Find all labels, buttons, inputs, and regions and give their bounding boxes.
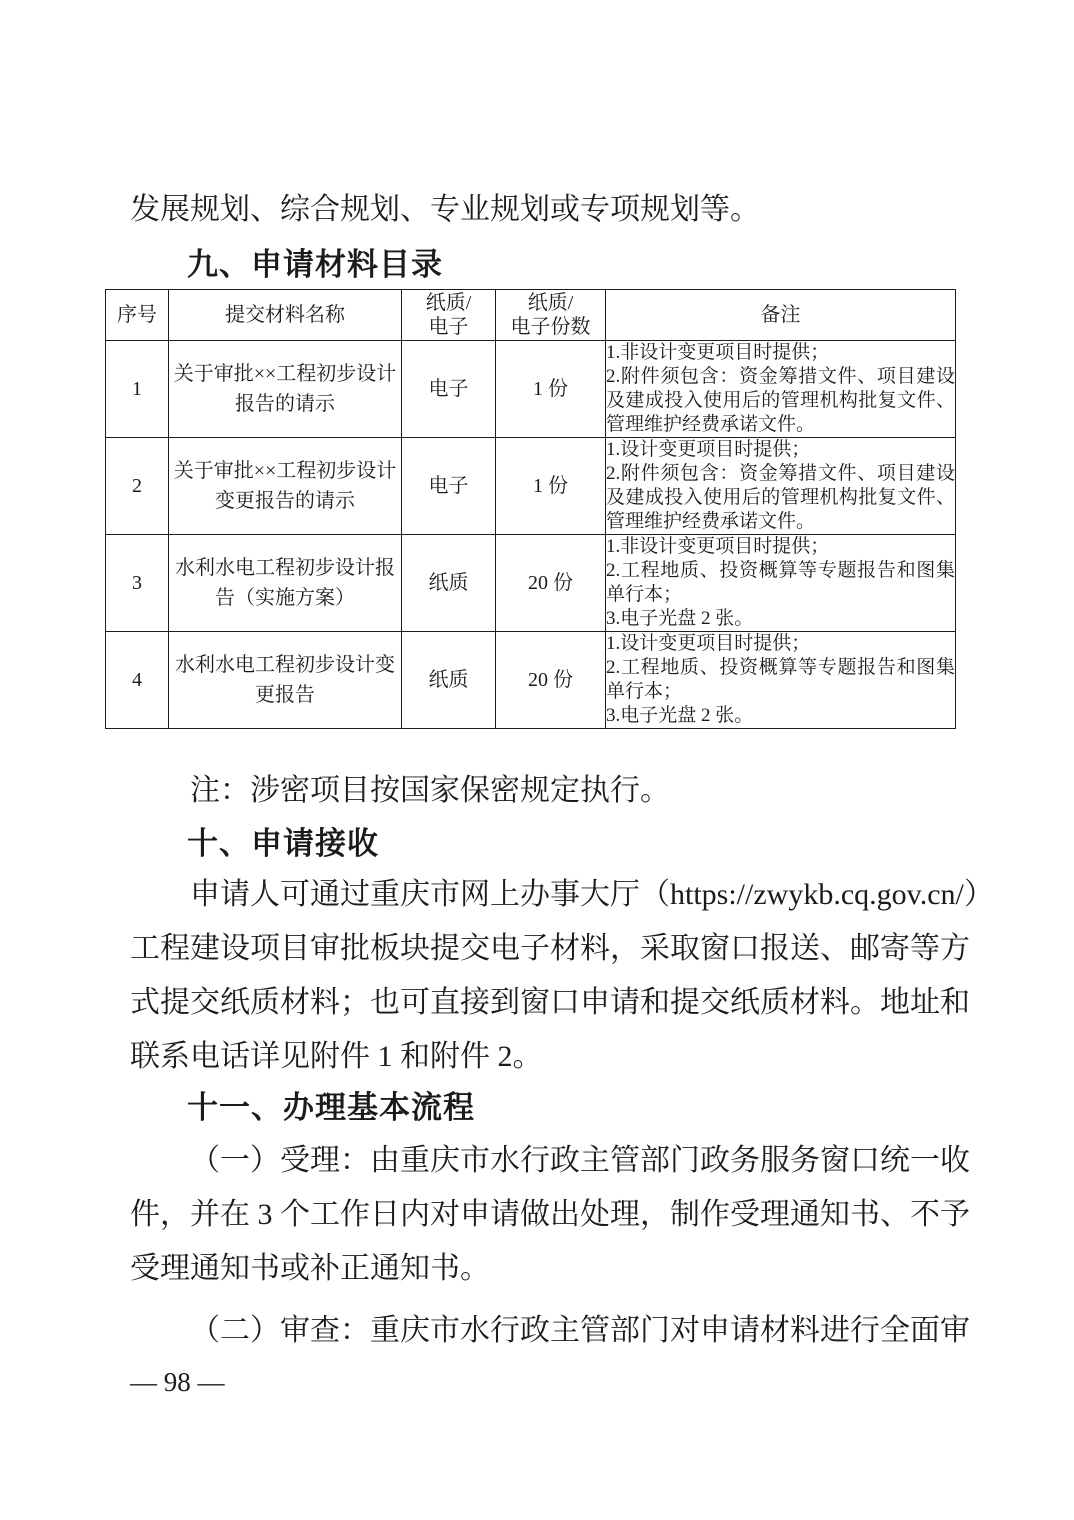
text-line: 发展规划、综合规划、专业规划或专项规划等。 [130,183,960,237]
column-header-line: 备注 [606,303,955,327]
cell-material-name: 水利水电工程初步设计变更报告 [169,632,402,729]
cell-remark: 1.非设计变更项目时提供；2.附件须包含：资金筹措文件、项目建设及建成投入使用后… [606,341,956,438]
table-row: 3水利水电工程初步设计报告（实施方案）纸质20 份1.非设计变更项目时提供；2.… [106,535,956,632]
cell-index: 4 [106,632,169,729]
cell-line: 2 [106,471,168,501]
text-line: （一）受理：由重庆市水行政主管部门政务服务窗口统一收 [130,1134,960,1188]
cell-line: 1 份 [496,374,605,404]
remark-item: 2.附件须包含：资金筹措文件、项目建设及建成投入使用后的管理机构批复文件、管理维… [606,462,955,534]
column-header-line: 电子 [402,315,495,339]
cell-line: 报告的请示 [169,389,401,419]
remark-item: 2.工程地质、投资概算等专题报告和图集单行本； [606,656,955,704]
cell-copies: 1 份 [496,438,606,535]
column-header-line: 纸质/ [496,291,605,315]
remark-item: 2.附件须包含：资金筹措文件、项目建设及建成投入使用后的管理机构批复文件、管理维… [606,365,955,437]
cell-medium: 纸质 [402,632,496,729]
remark-item: 1.非设计变更项目时提供； [606,535,955,559]
cell-remark: 1.设计变更项目时提供；2.附件须包含：资金筹措文件、项目建设及建成投入使用后的… [606,438,956,535]
cell-copies: 1 份 [496,341,606,438]
cell-medium: 电子 [402,438,496,535]
column-header-line: 提交材料名称 [169,303,401,327]
remark-item: 2.工程地质、投资概算等专题报告和图集单行本； [606,559,955,607]
cell-line: 水利水电工程初步设计报 [169,553,401,583]
column-header-line: 序号 [106,303,168,327]
cell-line: 1 [106,374,168,404]
document-page: 发展规划、综合规划、专业规划或专项规划等。 九、申请材料目录 序号提交材料名称纸… [0,0,1074,1520]
cell-line: 1 份 [496,471,605,501]
text-line: 联系电话详见附件 1 和附件 2。 [130,1030,960,1084]
text-line: 工程建设项目审批板块提交电子材料，采取窗口报送、邮寄等方 [130,922,960,976]
text-line: 申请人可通过重庆市网上办事大厅（https://zwykb.cq.gov.cn/… [130,868,960,922]
cell-remark: 1.非设计变更项目时提供；2.工程地质、投资概算等专题报告和图集单行本；3.电子… [606,535,956,632]
cell-line: 关于审批××工程初步设计 [169,456,401,486]
section-eleven-heading: 十一、办理基本流程 [187,1088,475,1128]
cell-medium: 纸质 [402,535,496,632]
text-line: （二）审查：重庆市水行政主管部门对申请材料进行全面审 [130,1304,960,1358]
cell-line: 更报告 [169,680,401,710]
text-line: 件，并在 3 个工作日内对申请做出处理，制作受理通知书、不予 [130,1188,960,1242]
text-line: 受理通知书或补正通知书。 [130,1242,960,1296]
text-line: 式提交纸质材料；也可直接到窗口申请和提交纸质材料。地址和 [130,976,960,1030]
section-eleven-paragraph-one: （一）受理：由重庆市水行政主管部门政务服务窗口统一收件，并在 3 个工作日内对申… [130,1134,960,1296]
materials-table: 序号提交材料名称纸质/电子纸质/电子份数备注 1关于审批××工程初步设计报告的请… [105,289,956,729]
table-row: 1关于审批××工程初步设计报告的请示电子1 份1.非设计变更项目时提供；2.附件… [106,341,956,438]
cell-index: 3 [106,535,169,632]
column-header-copies: 纸质/电子份数 [496,290,606,341]
cell-material-name: 关于审批××工程初步设计报告的请示 [169,341,402,438]
cell-copies: 20 份 [496,632,606,729]
table-row: 2关于审批××工程初步设计变更报告的请示电子1 份1.设计变更项目时提供；2.附… [106,438,956,535]
cell-medium: 电子 [402,341,496,438]
text-line: 注：涉密项目按国家保密规定执行。 [130,764,960,818]
cell-line: 3 [106,568,168,598]
section-nine-heading: 九、申请材料目录 [187,245,443,285]
cell-line: 20 份 [496,665,605,695]
cell-line: 电子 [402,471,495,501]
remark-item: 3.电子光盘 2 张。 [606,704,955,728]
cell-line: 纸质 [402,665,495,695]
cell-line: 20 份 [496,568,605,598]
section-eleven-paragraph-two: （二）审查：重庆市水行政主管部门对申请材料进行全面审 [130,1304,960,1358]
section-ten-paragraph: 申请人可通过重庆市网上办事大厅（https://zwykb.cq.gov.cn/… [130,868,960,1084]
cell-index: 2 [106,438,169,535]
cell-index: 1 [106,341,169,438]
cell-material-name: 关于审批××工程初步设计变更报告的请示 [169,438,402,535]
cell-line: 告（实施方案） [169,583,401,613]
remark-item: 1.设计变更项目时提供； [606,438,955,462]
table-note-paragraph: 注：涉密项目按国家保密规定执行。 [130,764,960,818]
page-number: — 98 — [130,1362,225,1402]
section-ten-heading: 十、申请接收 [187,824,379,864]
column-header-remark: 备注 [606,290,956,341]
cell-line: 4 [106,665,168,695]
remark-item: 1.非设计变更项目时提供； [606,341,955,365]
cell-line: 关于审批××工程初步设计 [169,359,401,389]
intro-paragraph: 发展规划、综合规划、专业规划或专项规划等。 [130,183,960,237]
cell-line: 纸质 [402,568,495,598]
column-header-index: 序号 [106,290,169,341]
column-header-name: 提交材料名称 [169,290,402,341]
table-body: 1关于审批××工程初步设计报告的请示电子1 份1.非设计变更项目时提供；2.附件… [106,341,956,729]
remark-item: 1.设计变更项目时提供； [606,632,955,656]
column-header-line: 电子份数 [496,315,605,339]
cell-copies: 20 份 [496,535,606,632]
table-row: 4水利水电工程初步设计变更报告纸质20 份1.设计变更项目时提供；2.工程地质、… [106,632,956,729]
remark-item: 3.电子光盘 2 张。 [606,607,955,631]
cell-line: 水利水电工程初步设计变 [169,650,401,680]
cell-line: 电子 [402,374,495,404]
cell-material-name: 水利水电工程初步设计报告（实施方案） [169,535,402,632]
table-header-row: 序号提交材料名称纸质/电子纸质/电子份数备注 [106,290,956,341]
cell-remark: 1.设计变更项目时提供；2.工程地质、投资概算等专题报告和图集单行本；3.电子光… [606,632,956,729]
cell-line: 变更报告的请示 [169,486,401,516]
column-header-medium: 纸质/电子 [402,290,496,341]
column-header-line: 纸质/ [402,291,495,315]
